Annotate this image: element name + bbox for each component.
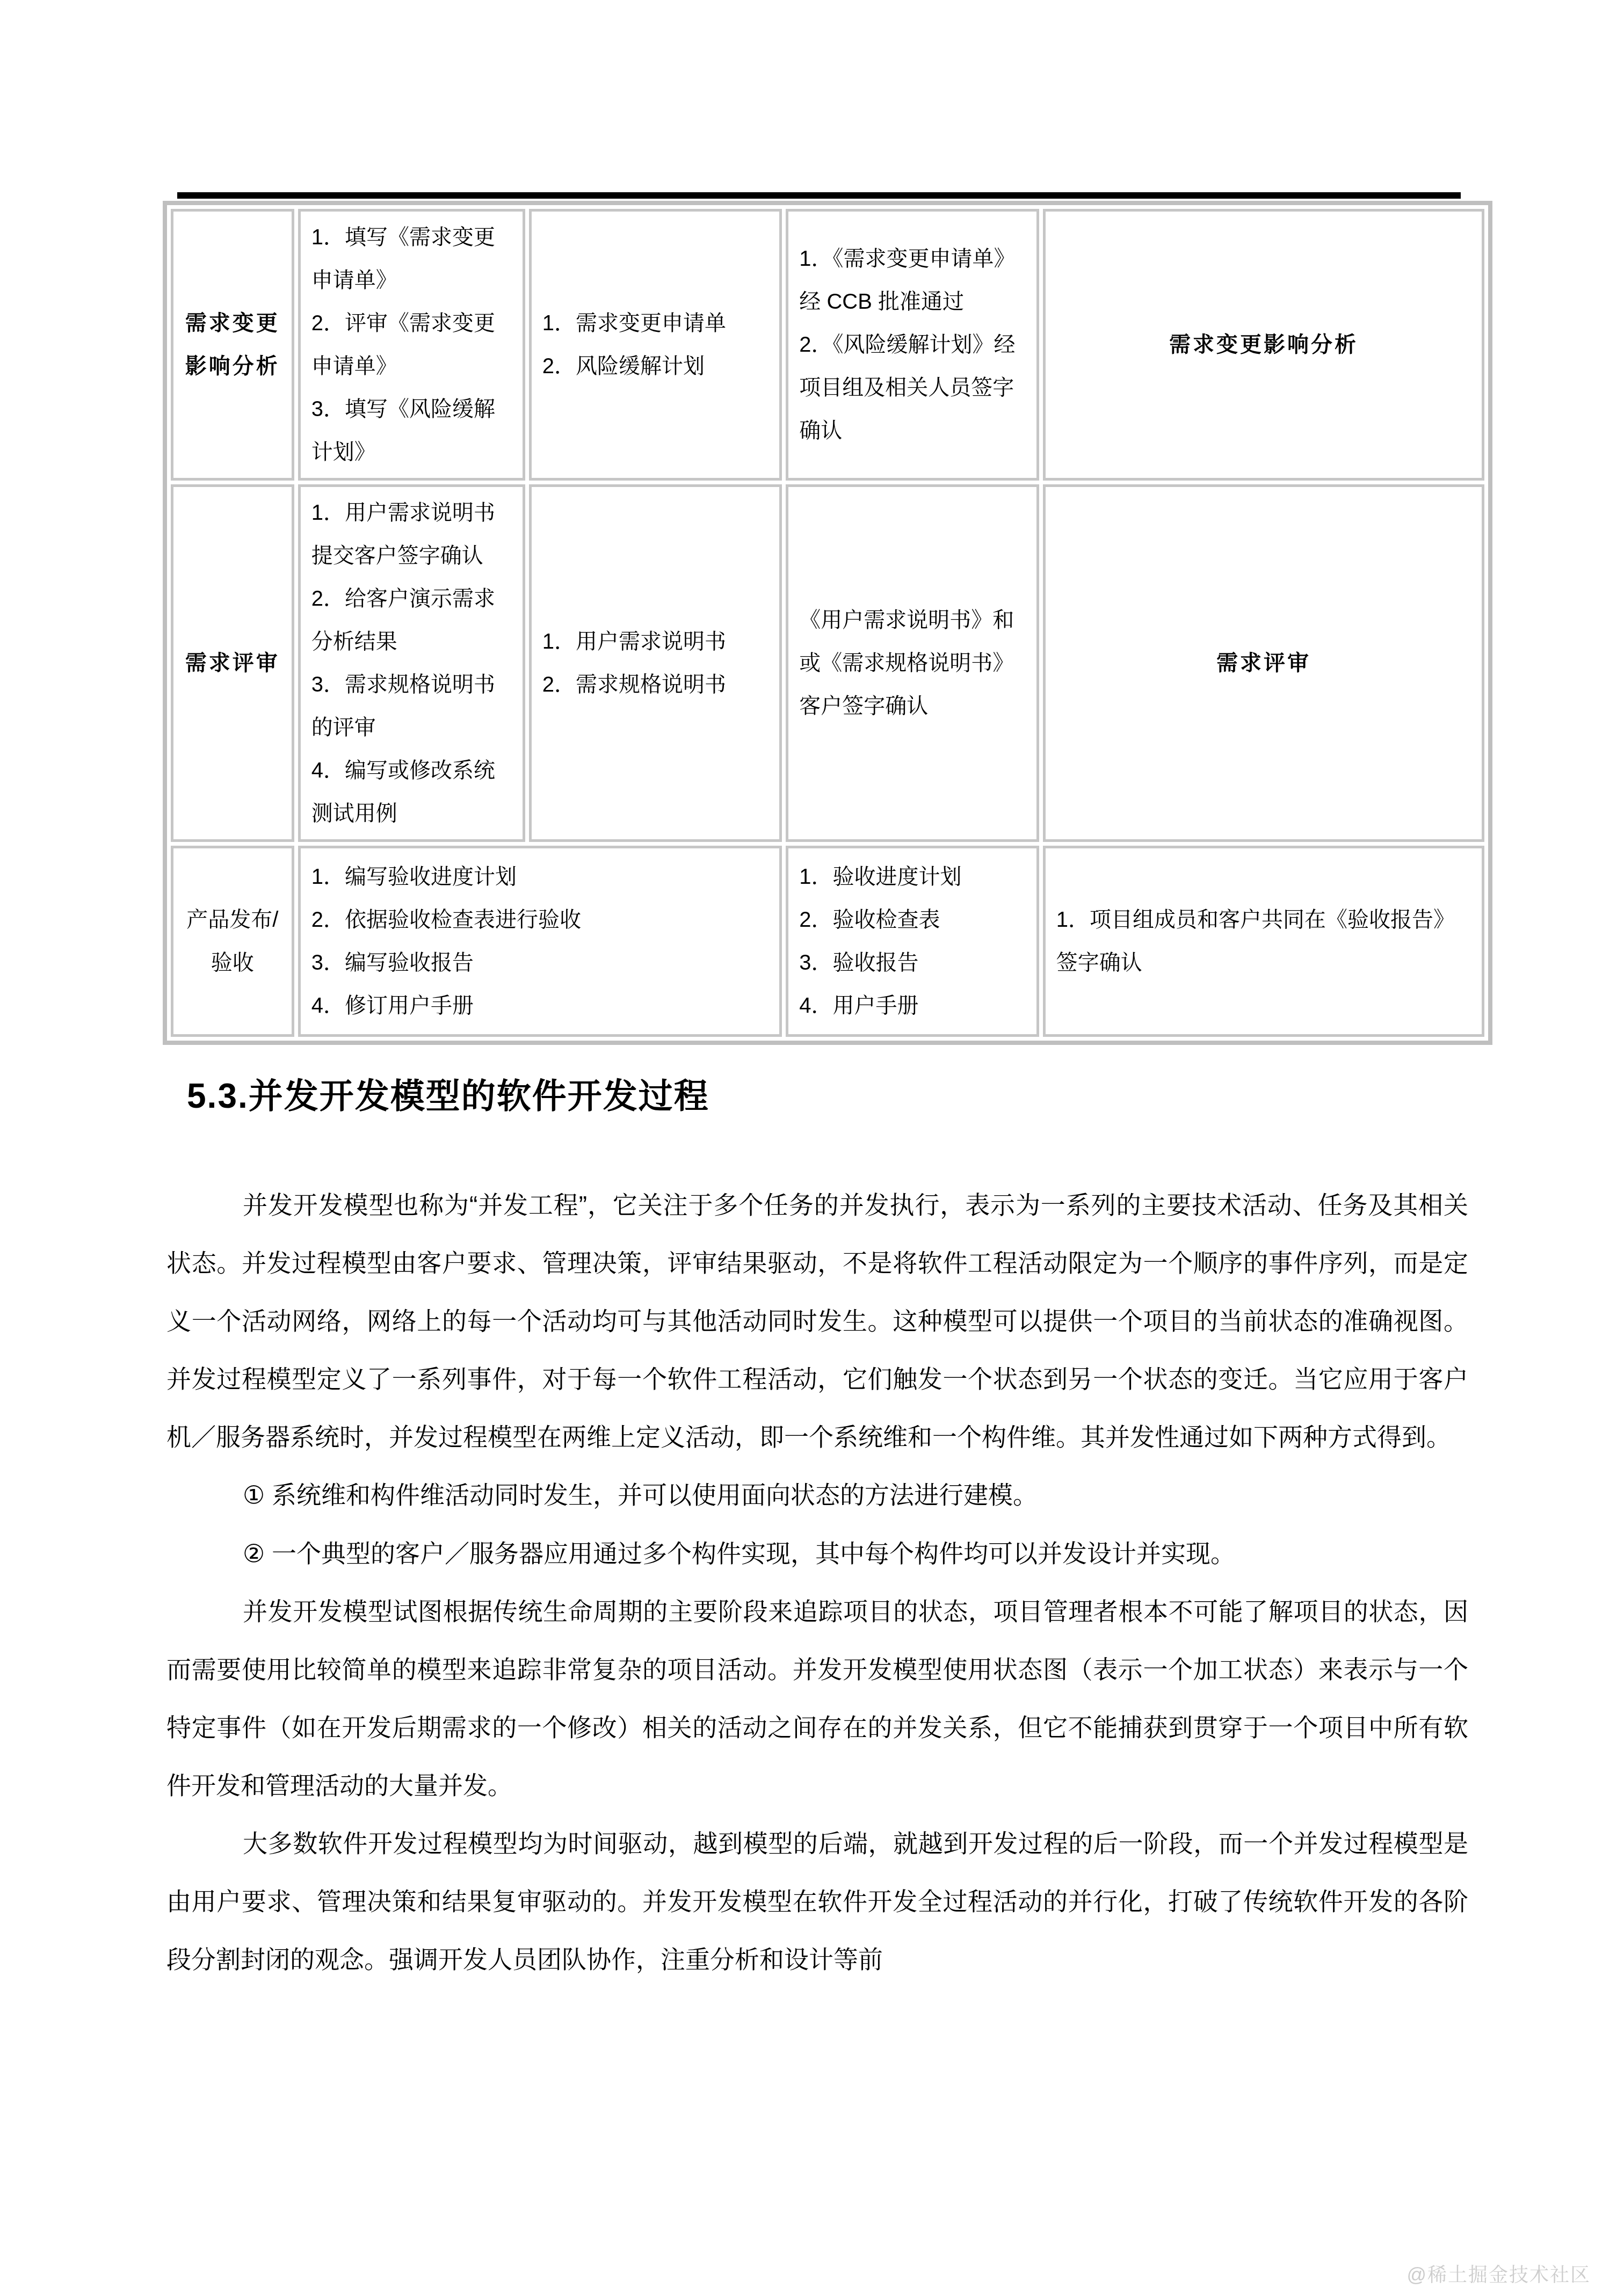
- cell-work-products: 1．需求变更申请单 2．风险缓解计划: [529, 209, 782, 481]
- cell-work-products: 1．验收进度计划 2．验收检查表 3．验收报告 4．用户手册: [786, 846, 1039, 1037]
- watermark-text: @稀土掘金技术社区: [1407, 2260, 1591, 2287]
- document-page: 需求变更影响分析 1．填写《需求变更申请单》 2．评审《需求变更申请单》 3．填…: [0, 0, 1624, 2296]
- list-item-1: ① 系统维和构件维活动同时发生，并可以使用面向状态的方法进行建模。: [166, 1466, 1468, 1524]
- cell-activities: 1．编写验收进度计划 2．依据验收检查表进行验收 3．编写验收报告 4．修订用户…: [298, 846, 782, 1037]
- table-top-black-rule: [177, 192, 1461, 199]
- table-row-requirement-change: 需求变更影响分析 1．填写《需求变更申请单》 2．评审《需求变更申请单》 3．填…: [171, 209, 1484, 481]
- cell-activities: 1．用户需求说明书提交客户签字确认 2．给客户演示需求分析结果 3．需求规格说明…: [298, 484, 525, 842]
- process-table: 需求变更影响分析 1．填写《需求变更申请单》 2．评审《需求变更申请单》 3．填…: [163, 201, 1492, 1045]
- cell-completion-criteria: 1．项目组成员和客户共同在《验收报告》签字确认: [1043, 846, 1484, 1037]
- cell-stage-label: 需求评审: [171, 484, 294, 842]
- cell-stage-label: 产品发布/验收: [171, 846, 294, 1037]
- cell-activities: 1．填写《需求变更申请单》 2．评审《需求变更申请单》 3．填写《风险缓解计划》: [298, 209, 525, 481]
- cell-milestone: 需求变更影响分析: [1043, 209, 1484, 481]
- list-item-2: ② 一个典型的客户／服务器应用通过多个构件实现，其中每个构件均可以并发设计并实现…: [166, 1524, 1468, 1582]
- table-row-requirement-review: 需求评审 1．用户需求说明书提交客户签字确认 2．给客户演示需求分析结果 3．需…: [171, 484, 1484, 842]
- cell-milestone: 需求评审: [1043, 484, 1484, 842]
- paragraph-time-driven: 大多数软件开发过程模型均为时间驱动，越到模型的后端，就越到开发过程的后一阶段，而…: [166, 1814, 1468, 1988]
- cell-completion-criteria: 《用户需求说明书》和或《需求规格说明书》客户签字确认: [786, 484, 1039, 842]
- cell-stage-label: 需求变更影响分析: [171, 209, 294, 481]
- body-text-block: 并发开发模型也称为“并发工程”，它关注于多个任务的并发执行，表示为一系列的主要技…: [166, 1176, 1468, 1988]
- cell-work-products: 1．用户需求说明书 2．需求规格说明书: [529, 484, 782, 842]
- cell-completion-criteria: 1．《需求变更申请单》经 CCB 批准通过 2．《风险缓解计划》经项目组及相关人…: [786, 209, 1039, 481]
- paragraph-intro: 并发开发模型也称为“并发工程”，它关注于多个任务的并发执行，表示为一系列的主要技…: [166, 1176, 1468, 1466]
- section-heading: 5.3.并发开发模型的软件开发过程: [187, 1069, 1476, 1118]
- paragraph-tracking: 并发开发模型试图根据传统生命周期的主要阶段来追踪项目的状态，项目管理者根本不可能…: [166, 1582, 1468, 1814]
- table-row-product-release: 产品发布/验收 1．编写验收进度计划 2．依据验收检查表进行验收 3．编写验收报…: [171, 846, 1484, 1037]
